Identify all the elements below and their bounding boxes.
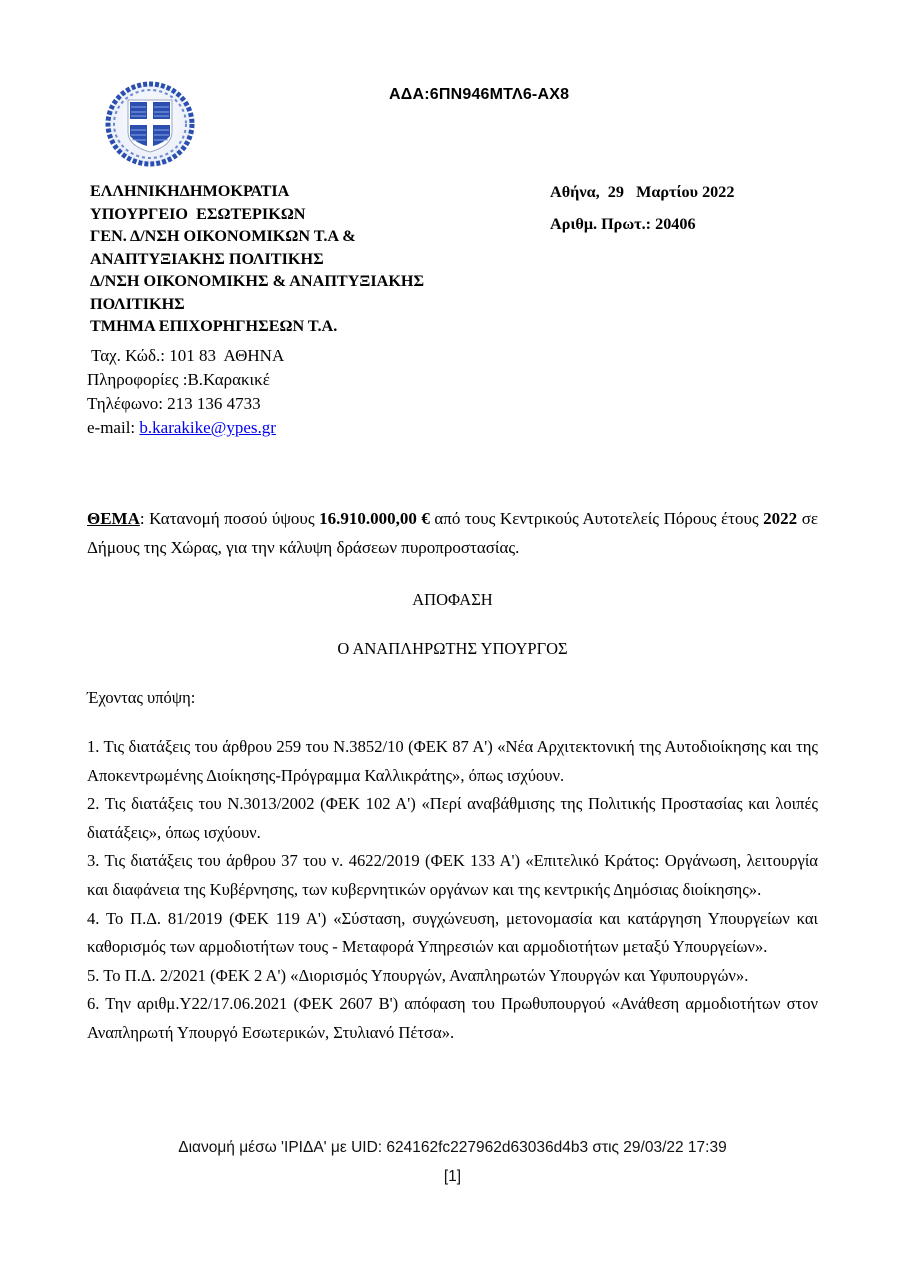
- consideration-item: 3. Τις διατάξεις του άρθρου 37 του ν. 46…: [87, 847, 818, 904]
- subject-amount: 16.910.000,00 €: [319, 509, 430, 528]
- subject-paragraph: ΘΕΜΑ: Κατανομή ποσού ύψους 16.910.000,00…: [87, 504, 818, 562]
- consideration-item: 1. Τις διατάξεις του άρθρου 259 του Ν.38…: [87, 733, 818, 790]
- consideration-item: 5. Το Π.Δ. 2/2021 (ΦΕΚ 2 Α') «Διορισμός …: [87, 962, 818, 991]
- information-contact: Πληροφορίες :Β.Καρακικέ: [87, 368, 284, 392]
- decision-heading: ΑΠΟΦΑΣΗ: [87, 590, 818, 610]
- email-link[interactable]: b.karakike@ypes.gr: [139, 418, 276, 437]
- authority-line: ΤΜΗΜΑ ΕΠΙΧΟΡΗΓΗΣΕΩΝ Τ.Α.: [90, 315, 424, 338]
- document-date: Αθήνα, 29 Μαρτίου 2022: [550, 181, 734, 203]
- consideration-item: 4. Το Π.Δ. 81/2019 (ΦΕΚ 119 Α') «Σύσταση…: [87, 905, 818, 962]
- consideration-item: 6. Την αριθμ.Υ22/17.06.2021 (ΦΕΚ 2607 Β'…: [87, 990, 818, 1047]
- issuing-authority: ΕΛΛΗΝΙΚΗΔΗΜΟΚΡΑΤΙΑ ΥΠΟΥΡΓΕΙΟ ΕΣΩΤΕΡΙΚΩΝ …: [90, 180, 424, 338]
- page-number: [1]: [0, 1168, 905, 1186]
- greek-state-emblem-icon: [104, 80, 196, 168]
- authority-line: ΠΟΛΙΤΙΚΗΣ: [90, 293, 424, 316]
- authority-line: ΑΝΑΠΤΥΞΙΑΚΗΣ ΠΟΛΙΤΙΚΗΣ: [90, 248, 424, 271]
- subject-label: ΘΕΜΑ: [87, 509, 140, 528]
- ada-code: ΑΔΑ:6ΠΝ946ΜΤΛ6-ΑΧ8: [389, 86, 569, 104]
- authority-line: ΓΕΝ. Δ/ΝΣΗ ΟΙΚΟΝΟΜΙΚΩΝ Τ.Α &: [90, 225, 424, 248]
- phone-number: Τηλέφωνο: 213 136 4733: [87, 392, 284, 416]
- subject-text: από τους Κεντρικούς Αυτοτελείς Πόρους έτ…: [430, 509, 763, 528]
- email-row: e-mail: b.karakike@ypes.gr: [87, 416, 284, 440]
- distribution-footer: Διανομή μέσω 'ΙΡΙΔΑ' με UID: 624162fc227…: [0, 1139, 905, 1157]
- consideration-item: 2. Τις διατάξεις του Ν.3013/2002 (ΦΕΚ 10…: [87, 790, 818, 847]
- considerations-list: 1. Τις διατάξεις του άρθρου 259 του Ν.38…: [87, 733, 818, 1048]
- authority-line: ΥΠΟΥΡΓΕΙΟ ΕΣΩΤΕΡΙΚΩΝ: [90, 203, 424, 226]
- considering-intro: Έχοντας υπόψη:: [87, 688, 195, 708]
- contact-info: Ταχ. Κώδ.: 101 83 ΑΘΗΝΑ Πληροφορίες :Β.Κ…: [87, 344, 284, 440]
- authority-line: Δ/ΝΣΗ ΟΙΚΟΝΟΜΙΚΗΣ & ΑΝΑΠΤΥΞΙΑΚΗΣ: [90, 270, 424, 293]
- subject-year: 2022: [763, 509, 797, 528]
- subject-text: : Κατανομή ποσού ύψους: [140, 509, 319, 528]
- postal-code: Ταχ. Κώδ.: 101 83 ΑΘΗΝΑ: [87, 344, 284, 368]
- minister-heading: Ο ΑΝΑΠΛΗΡΩΤΗΣ ΥΠΟΥΡΓΟΣ: [87, 639, 818, 659]
- authority-line: ΕΛΛΗΝΙΚΗΔΗΜΟΚΡΑΤΙΑ: [90, 180, 424, 203]
- document-meta: Αθήνα, 29 Μαρτίου 2022 Αριθμ. Πρωτ.: 204…: [550, 181, 734, 235]
- email-label: e-mail:: [87, 418, 139, 437]
- protocol-number: Αριθμ. Πρωτ.: 20406: [550, 213, 734, 235]
